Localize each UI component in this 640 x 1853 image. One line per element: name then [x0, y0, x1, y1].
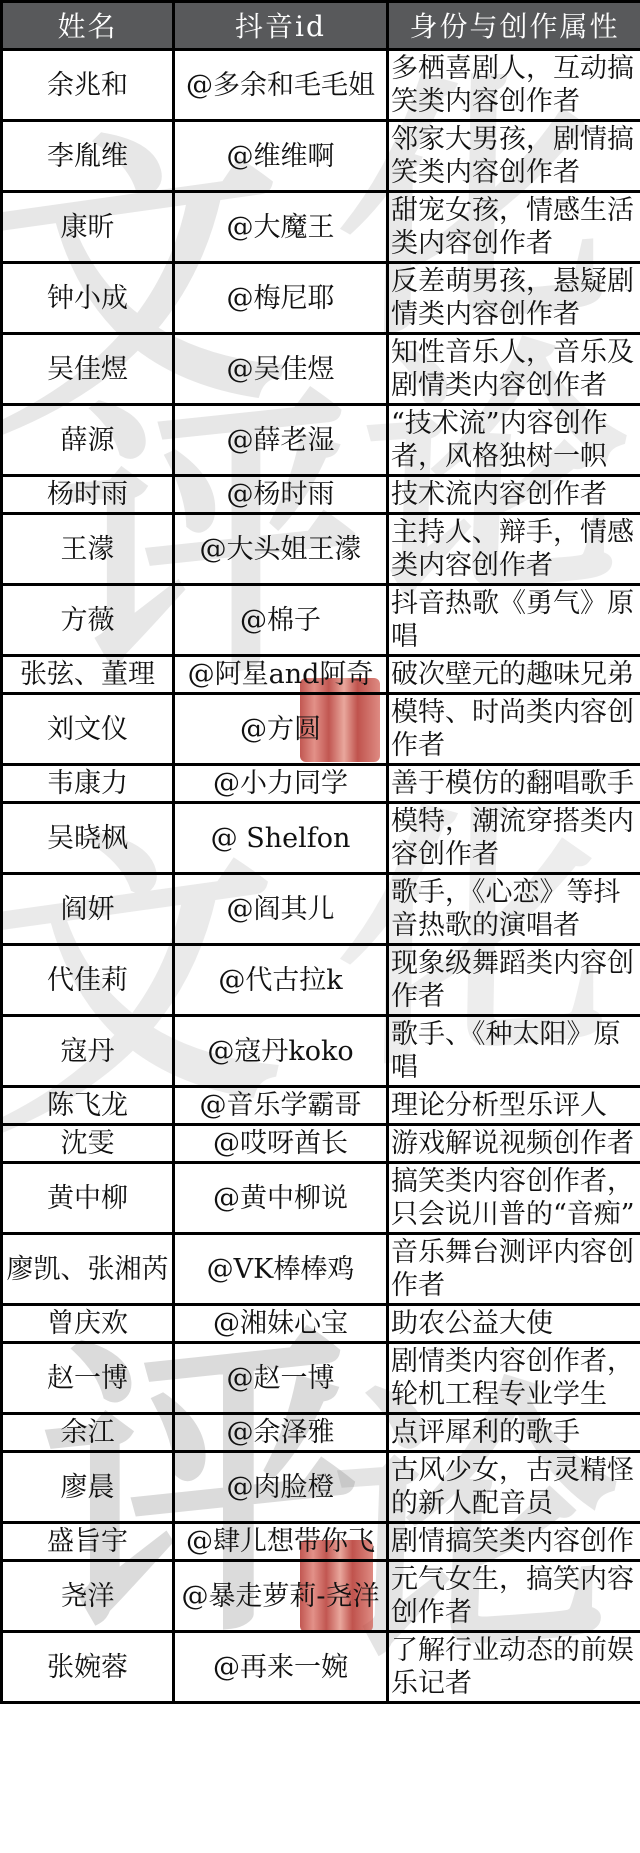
name-cell: 刘文仪 — [2, 694, 174, 765]
douyin-id-cell: @方圆 — [174, 694, 388, 765]
name-cell: 吴佳煜 — [2, 334, 174, 405]
douyin-id-cell: @赵一博 — [174, 1343, 388, 1414]
name-cell: 陈飞龙 — [2, 1087, 174, 1125]
name-cell: 赵一博 — [2, 1343, 174, 1414]
header-douyin-id: 抖音id — [174, 2, 388, 50]
douyin-id-cell: @肉脸橙 — [174, 1452, 388, 1523]
table-row: 张弦、董理@阿星and阿奇破次壁元的趣味兄弟 — [2, 656, 640, 694]
table-header-row: 姓名 抖音id 身份与创作属性 — [2, 2, 640, 50]
creator-table: 姓名 抖音id 身份与创作属性 余兆和@多余和毛毛姐多栖喜剧人，互动搞笑类内容创… — [0, 0, 640, 1704]
attributes-cell: 模特，潮流穿搭类内容创作者 — [388, 803, 640, 874]
table-row: 曾庆欢@湘妹心宝助农公益大使 — [2, 1305, 640, 1343]
douyin-id-cell: @湘妹心宝 — [174, 1305, 388, 1343]
table-row: 方薇@棉子抖音热歌《勇气》原唱 — [2, 585, 640, 656]
page: 文化评论文化评论 姓名 抖音id 身份与创作属性 余兆和@多余和毛毛姐多栖喜剧人… — [0, 0, 640, 1853]
attributes-cell: 破次壁元的趣味兄弟 — [388, 656, 640, 694]
name-cell: 寇丹 — [2, 1016, 174, 1087]
name-cell: 薛源 — [2, 405, 174, 476]
name-cell: 张弦、董理 — [2, 656, 174, 694]
attributes-cell: 了解行业动态的前娱乐记者 — [388, 1632, 640, 1703]
douyin-id-cell: @寇丹koko — [174, 1016, 388, 1087]
attributes-cell: 元气女生，搞笑内容创作者 — [388, 1561, 640, 1632]
douyin-id-cell: @小力同学 — [174, 765, 388, 803]
table-row: 盛旨宇@肆儿想带你飞剧情搞笑类内容创作 — [2, 1523, 640, 1561]
douyin-id-cell: @余泽雅 — [174, 1414, 388, 1452]
name-cell: 李胤维 — [2, 121, 174, 192]
attributes-cell: 技术流内容创作者 — [388, 476, 640, 514]
douyin-id-cell: @棉子 — [174, 585, 388, 656]
attributes-cell: 点评犀利的歌手 — [388, 1414, 640, 1452]
name-cell: 王濛 — [2, 514, 174, 585]
douyin-id-cell: @薛老湿 — [174, 405, 388, 476]
attributes-cell: 知性音乐人，音乐及剧情类内容创作者 — [388, 334, 640, 405]
attributes-cell: 助农公益大使 — [388, 1305, 640, 1343]
attributes-cell: 甜宠女孩，情感生活类内容创作者 — [388, 192, 640, 263]
table-row: 廖凯、张湘芮@VK棒棒鸡音乐舞台测评内容创作者 — [2, 1234, 640, 1305]
attributes-cell: 反差萌男孩，悬疑剧情类内容创作者 — [388, 263, 640, 334]
douyin-id-cell: @阎其儿 — [174, 874, 388, 945]
name-cell: 张婉蓉 — [2, 1632, 174, 1703]
table-row: 陈飞龙@音乐学霸哥理论分析型乐评人 — [2, 1087, 640, 1125]
attributes-cell: 音乐舞台测评内容创作者 — [388, 1234, 640, 1305]
attributes-cell: 模特、时尚类内容创作者 — [388, 694, 640, 765]
douyin-id-cell: @肆儿想带你飞 — [174, 1523, 388, 1561]
douyin-id-cell: @再来一婉 — [174, 1632, 388, 1703]
douyin-id-cell: @VK棒棒鸡 — [174, 1234, 388, 1305]
table-row: 钟小成@梅尼耶反差萌男孩，悬疑剧情类内容创作者 — [2, 263, 640, 334]
name-cell: 代佳莉 — [2, 945, 174, 1016]
name-cell: 曾庆欢 — [2, 1305, 174, 1343]
table-row: 韦康力@小力同学善于模仿的翻唱歌手 — [2, 765, 640, 803]
name-cell: 韦康力 — [2, 765, 174, 803]
attributes-cell: 歌手、《种太阳》原唱 — [388, 1016, 640, 1087]
table-row: 吴晓枫@ Shelfon模特，潮流穿搭类内容创作者 — [2, 803, 640, 874]
attributes-cell: 善于模仿的翻唱歌手 — [388, 765, 640, 803]
table-row: 黄中柳@黄中柳说搞笑类内容创作者，只会说川普的“音痴” — [2, 1163, 640, 1234]
douyin-id-cell: @阿星and阿奇 — [174, 656, 388, 694]
table-row: 沈雯@哎呀酋长游戏解说视频创作者 — [2, 1125, 640, 1163]
name-cell: 余兆和 — [2, 50, 174, 121]
douyin-id-cell: @音乐学霸哥 — [174, 1087, 388, 1125]
table-row: 王濛@大头姐王濛主持人、辩手，情感类内容创作者 — [2, 514, 640, 585]
name-cell: 吴晓枫 — [2, 803, 174, 874]
douyin-id-cell: @代古拉k — [174, 945, 388, 1016]
douyin-id-cell: @大头姐王濛 — [174, 514, 388, 585]
table-row: 寇丹@寇丹koko歌手、《种太阳》原唱 — [2, 1016, 640, 1087]
table-row: 尧洋@暴走萝莉-尧洋元气女生，搞笑内容创作者 — [2, 1561, 640, 1632]
name-cell: 廖晨 — [2, 1452, 174, 1523]
table-row: 刘文仪@方圆模特、时尚类内容创作者 — [2, 694, 640, 765]
table-row: 张婉蓉@再来一婉了解行业动态的前娱乐记者 — [2, 1632, 640, 1703]
attributes-cell: 剧情类内容创作者，轮机工程专业学生 — [388, 1343, 640, 1414]
name-cell: 盛旨宇 — [2, 1523, 174, 1561]
name-cell: 余江 — [2, 1414, 174, 1452]
table-row: 赵一博@赵一博剧情类内容创作者，轮机工程专业学生 — [2, 1343, 640, 1414]
table-row: 薛源@薛老湿“技术流”内容创作者，风格独树一帜 — [2, 405, 640, 476]
douyin-id-cell: @大魔王 — [174, 192, 388, 263]
attributes-cell: 剧情搞笑类内容创作 — [388, 1523, 640, 1561]
attributes-cell: 游戏解说视频创作者 — [388, 1125, 640, 1163]
attributes-cell: 邻家大男孩，剧情搞笑类内容创作者 — [388, 121, 640, 192]
douyin-id-cell: @杨时雨 — [174, 476, 388, 514]
table-row: 余江@余泽雅点评犀利的歌手 — [2, 1414, 640, 1452]
attributes-cell: 多栖喜剧人，互动搞笑类内容创作者 — [388, 50, 640, 121]
douyin-id-cell: @黄中柳说 — [174, 1163, 388, 1234]
name-cell: 方薇 — [2, 585, 174, 656]
name-cell: 沈雯 — [2, 1125, 174, 1163]
name-cell: 杨时雨 — [2, 476, 174, 514]
header-attributes: 身份与创作属性 — [388, 2, 640, 50]
douyin-id-cell: @哎呀酋长 — [174, 1125, 388, 1163]
attributes-cell: 歌手，《心恋》等抖音热歌的演唱者 — [388, 874, 640, 945]
name-cell: 尧洋 — [2, 1561, 174, 1632]
attributes-cell: “技术流”内容创作者，风格独树一帜 — [388, 405, 640, 476]
attributes-cell: 理论分析型乐评人 — [388, 1087, 640, 1125]
table-row: 李胤维@维维啊邻家大男孩，剧情搞笑类内容创作者 — [2, 121, 640, 192]
douyin-id-cell: @多余和毛毛姐 — [174, 50, 388, 121]
douyin-id-cell: @梅尼耶 — [174, 263, 388, 334]
table-row: 廖晨@肉脸橙古风少女，古灵精怪的新人配音员 — [2, 1452, 640, 1523]
douyin-id-cell: @ Shelfon — [174, 803, 388, 874]
name-cell: 廖凯、张湘芮 — [2, 1234, 174, 1305]
attributes-cell: 现象级舞蹈类内容创作者 — [388, 945, 640, 1016]
attributes-cell: 主持人、辩手，情感类内容创作者 — [388, 514, 640, 585]
table-row: 阎妍@阎其儿歌手，《心恋》等抖音热歌的演唱者 — [2, 874, 640, 945]
attributes-cell: 古风少女，古灵精怪的新人配音员 — [388, 1452, 640, 1523]
name-cell: 黄中柳 — [2, 1163, 174, 1234]
douyin-id-cell: @暴走萝莉-尧洋 — [174, 1561, 388, 1632]
attributes-cell: 抖音热歌《勇气》原唱 — [388, 585, 640, 656]
table-row: 康昕@大魔王甜宠女孩，情感生活类内容创作者 — [2, 192, 640, 263]
header-name: 姓名 — [2, 2, 174, 50]
douyin-id-cell: @维维啊 — [174, 121, 388, 192]
name-cell: 阎妍 — [2, 874, 174, 945]
table-row: 余兆和@多余和毛毛姐多栖喜剧人，互动搞笑类内容创作者 — [2, 50, 640, 121]
table-row: 吴佳煜@吴佳煜知性音乐人，音乐及剧情类内容创作者 — [2, 334, 640, 405]
name-cell: 钟小成 — [2, 263, 174, 334]
douyin-id-cell: @吴佳煜 — [174, 334, 388, 405]
table-row: 代佳莉@代古拉k现象级舞蹈类内容创作者 — [2, 945, 640, 1016]
attributes-cell: 搞笑类内容创作者，只会说川普的“音痴” — [388, 1163, 640, 1234]
name-cell: 康昕 — [2, 192, 174, 263]
table-row: 杨时雨@杨时雨技术流内容创作者 — [2, 476, 640, 514]
